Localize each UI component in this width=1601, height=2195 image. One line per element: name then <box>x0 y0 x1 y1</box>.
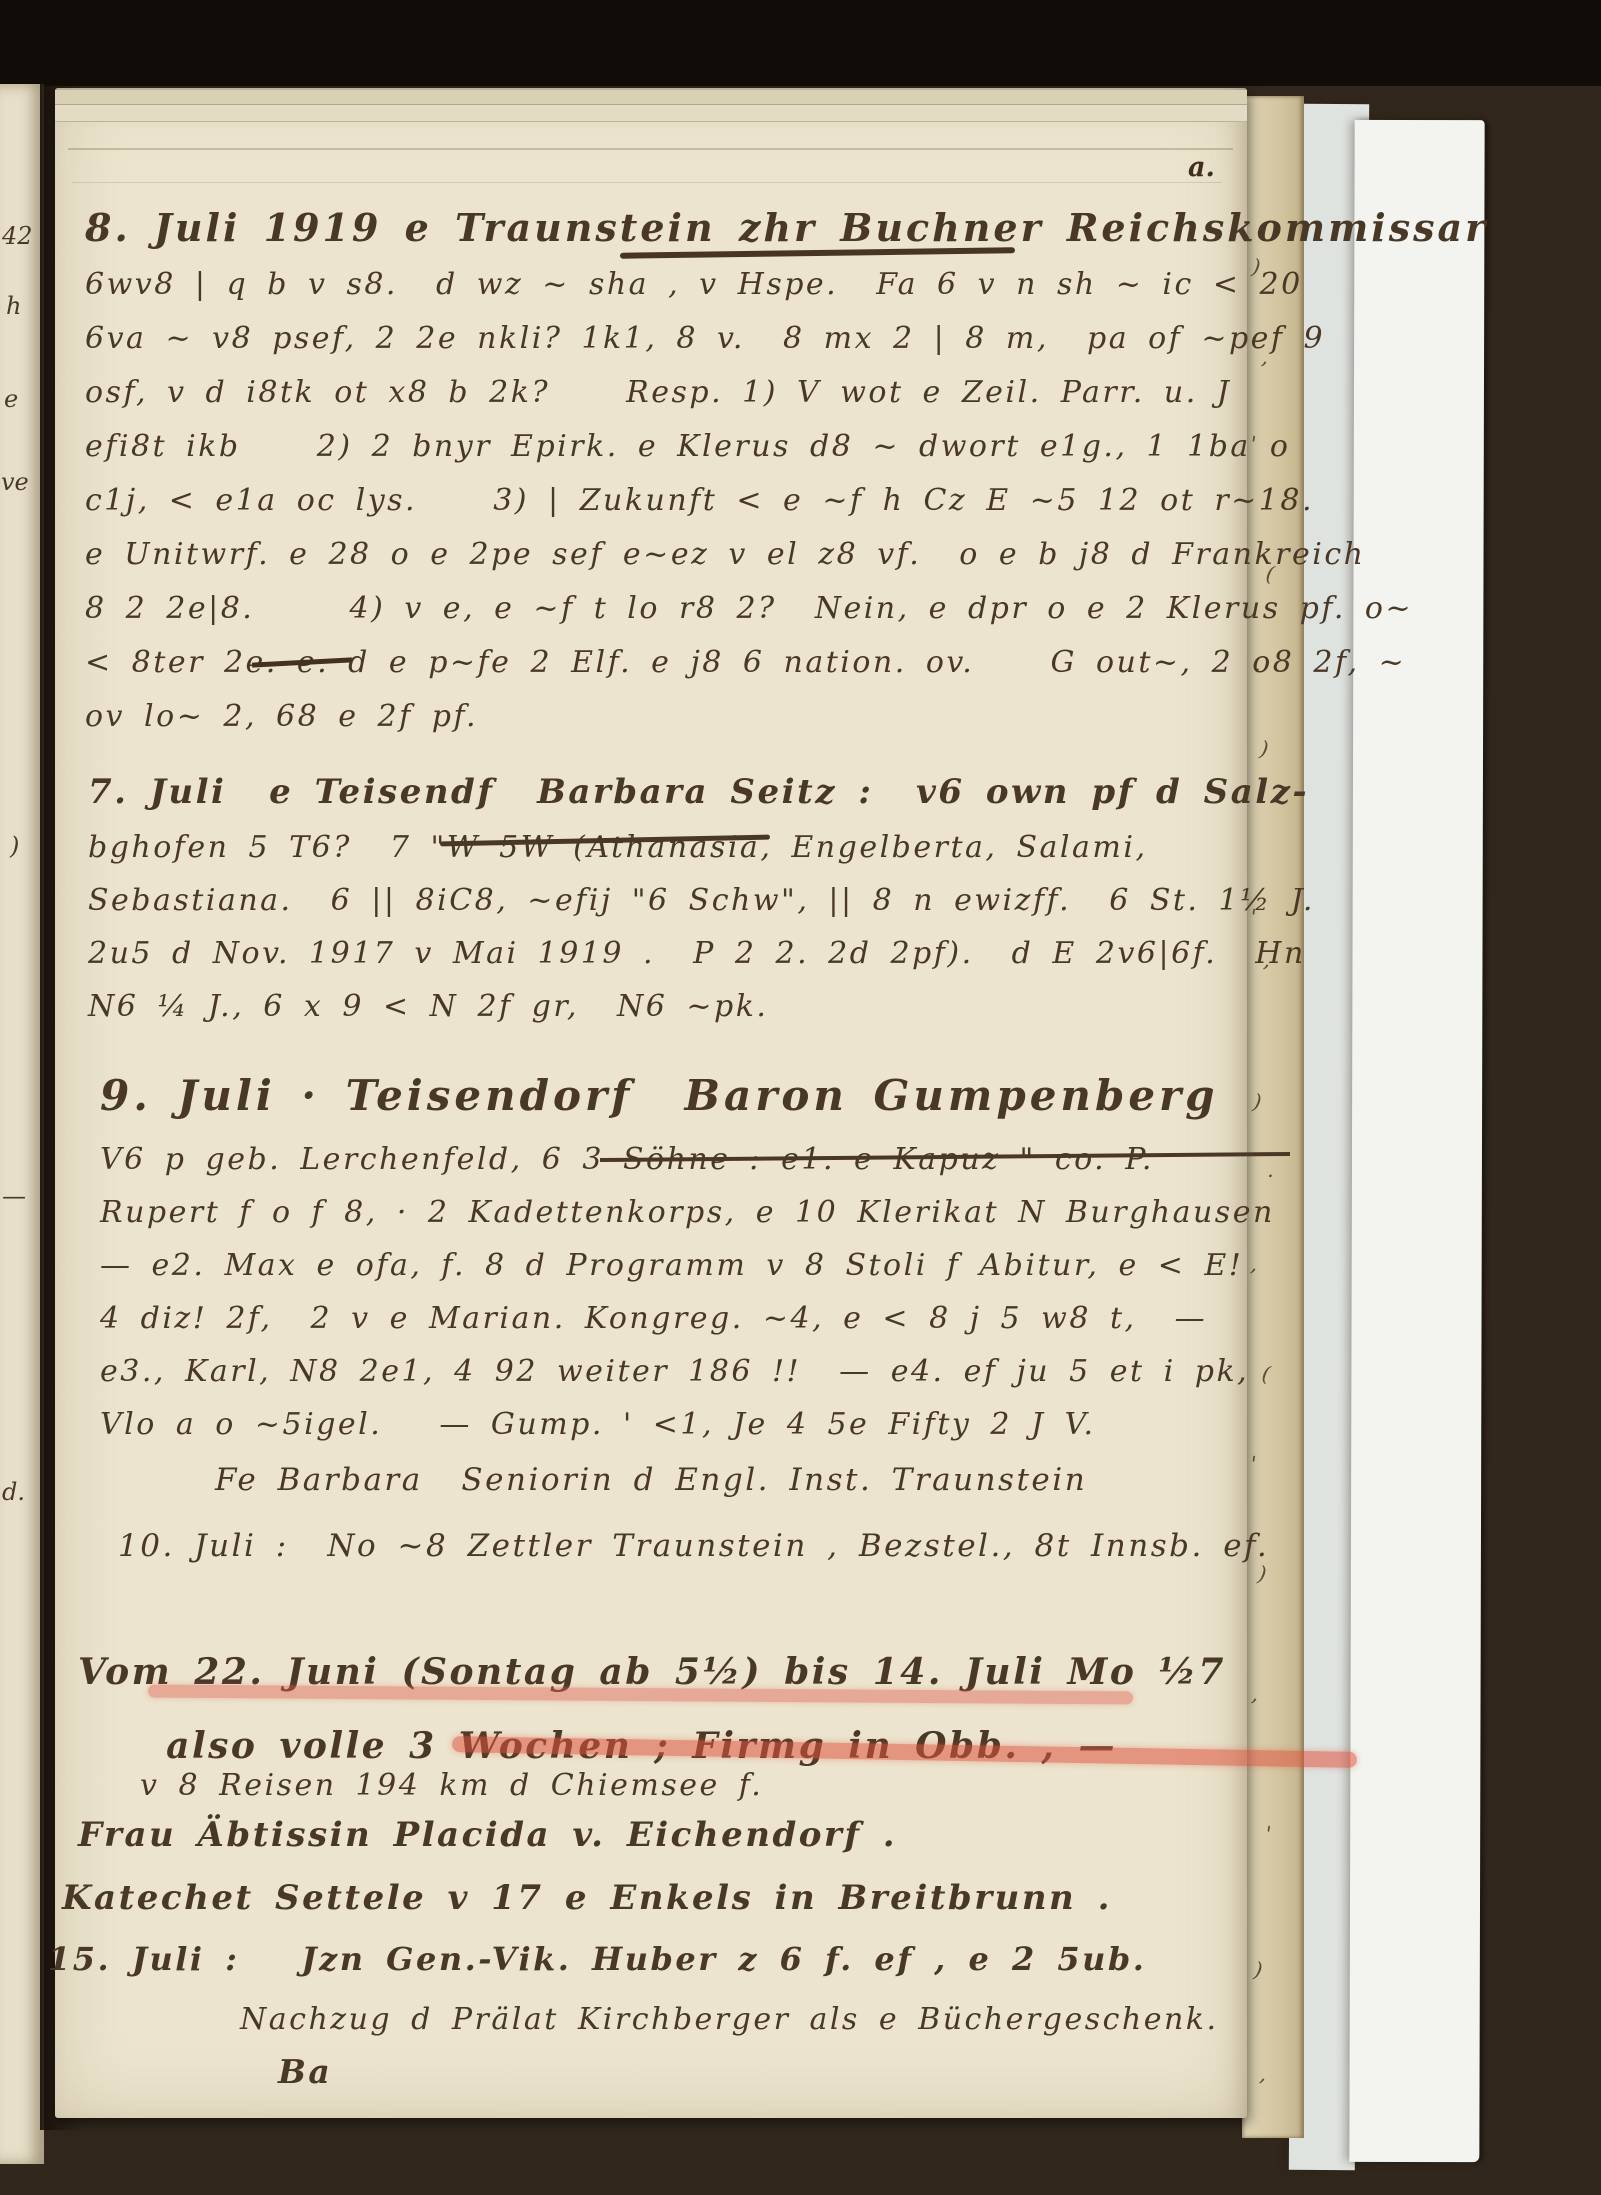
handwriting-line: Fe Barbara Seniorin d Engl. Inst. Trauns… <box>215 1462 1087 1498</box>
line-reisen: v 8 Reisen 194 km d Chiemsee f. <box>140 1768 763 1803</box>
line-10-juli: 10. Juli : No ~8 Zettler Traunstein , Be… <box>118 1528 1269 1564</box>
manuscript-photo: 8. Juli 1919 e Traunstein zhr Buchner Re… <box>0 0 1601 2195</box>
handwriting-line: bghofen 5 T6? 7 "W 5W (Athanasia, Engelb… <box>88 821 1315 874</box>
line-ba: Ba <box>278 2052 332 2091</box>
line-aebtissin: Frau Äbtissin Placida v. Eichendorf . <box>78 1815 897 1855</box>
dark-background-top <box>0 0 1601 86</box>
line-15-juli: 15. Juli : Jzn Gen.-Vik. Huber z 6 f. ef… <box>48 1940 1146 1978</box>
inserted-white-sheet-outer <box>1349 120 1484 2162</box>
handwriting-line: 9. Juli · Teisendorf Baron Gumpenberg <box>100 1058 1275 1133</box>
handwriting-line: c1j, < e1a oc lys. 3) | Zukunft < e ~f h… <box>85 474 1260 528</box>
handwriting-line: 2u5 d Nov. 1917 v Mai 1919 . P 2 2. 2d 2… <box>88 927 1315 980</box>
handwriting-line: Katechet Settele v 17 e Enkels in Breitb… <box>62 1878 1112 1918</box>
entry-7-juli-barbara-seitz: 7. Juli e Teisendf Barbara Seitz : v6 ow… <box>88 763 1315 1033</box>
handwriting-line: 15. Juli : Jzn Gen.-Vik. Huber z 6 f. ef… <box>48 1940 1146 1978</box>
handwriting-line: osf, v d i8tk ot x8 b 2k? Resp. 1) V wot… <box>85 366 1260 420</box>
entry-9-juli-gumppenberg: 9. Juli · Teisendorf Baron GumpenbergV6 … <box>100 1058 1275 1451</box>
line-frl-barbara: Fe Barbara Seniorin d Engl. Inst. Trauns… <box>215 1462 1087 1498</box>
page-top-edge-stack-2 <box>55 105 1247 122</box>
handwriting-line: Rupert f o f 8, · 2 Kadettenkorps, e 10 … <box>100 1186 1275 1239</box>
handwriting-line: — e2. Max e ofa, f. 8 d Programm v 8 Sto… <box>100 1239 1275 1292</box>
handwriting-line: efi8t ikb 2) 2 bnyr Epirk. e Klerus d8 ~… <box>85 420 1260 474</box>
handwriting-line: N6 ¼ J., 6 x 9 < N 2f gr, N6 ~pk. <box>88 980 1315 1033</box>
line-katechet: Katechet Settele v 17 e Enkels in Breitb… <box>62 1878 1112 1918</box>
page-top-edge-stack <box>55 90 1247 105</box>
embossed-rule-line <box>68 148 1233 150</box>
corner-note-a: a. <box>1188 152 1215 183</box>
handwriting-line: e Unitwrf. e 28 o e 2pe sef e~ez v el z8… <box>85 528 1260 582</box>
handwriting-line: e3., Karl, N8 2e1, 4 92 weiter 186 !! — … <box>100 1345 1275 1398</box>
handwriting-line: Ba <box>278 2052 332 2091</box>
previous-page-sliver <box>0 84 44 2164</box>
handwriting-line: 6wv8 | q b v s8. d wz ~ sha , v Hspe. Fa… <box>85 258 1260 312</box>
handwriting-line: 4 diz! 2f, 2 v e Marian. Kongreg. ~4, e … <box>100 1292 1275 1345</box>
handwriting-line: v 8 Reisen 194 km d Chiemsee f. <box>140 1768 763 1803</box>
handwriting-line: Sebastiana. 6 || 8iC8, ~efij "6 Schw", |… <box>88 874 1315 927</box>
handwriting-line: Frau Äbtissin Placida v. Eichendorf . <box>78 1815 897 1855</box>
handwriting-line: 10. Juli : No ~8 Zettler Traunstein , Be… <box>118 1528 1269 1564</box>
handwriting-line: ov lo~ 2, 68 e 2f pf. <box>85 690 1260 744</box>
handwriting-line: 8 2 2e|8. 4) v e, e ~f t lo r8 2? Nein, … <box>85 582 1260 636</box>
handwriting-line: 6va ~ v8 psef, 2 2e nkli? 1k1, 8 v. 8 mx… <box>85 312 1260 366</box>
handwriting-line: 7. Juli e Teisendf Barbara Seitz : v6 ow… <box>88 763 1315 821</box>
handwriting-line: Vlo a o ~5igel. — Gump. ' <1, Je 4 5e Fi… <box>100 1398 1275 1451</box>
embossed-rule-line-2 <box>72 182 1222 183</box>
handwriting-line: Nachzug d Prälat Kirchberger als e Büche… <box>240 2002 1219 2037</box>
line-nachzug: Nachzug d Prälat Kirchberger als e Büche… <box>240 2002 1219 2037</box>
handwriting-line: 8. Juli 1919 e Traunstein zhr Buchner Re… <box>85 198 1260 258</box>
